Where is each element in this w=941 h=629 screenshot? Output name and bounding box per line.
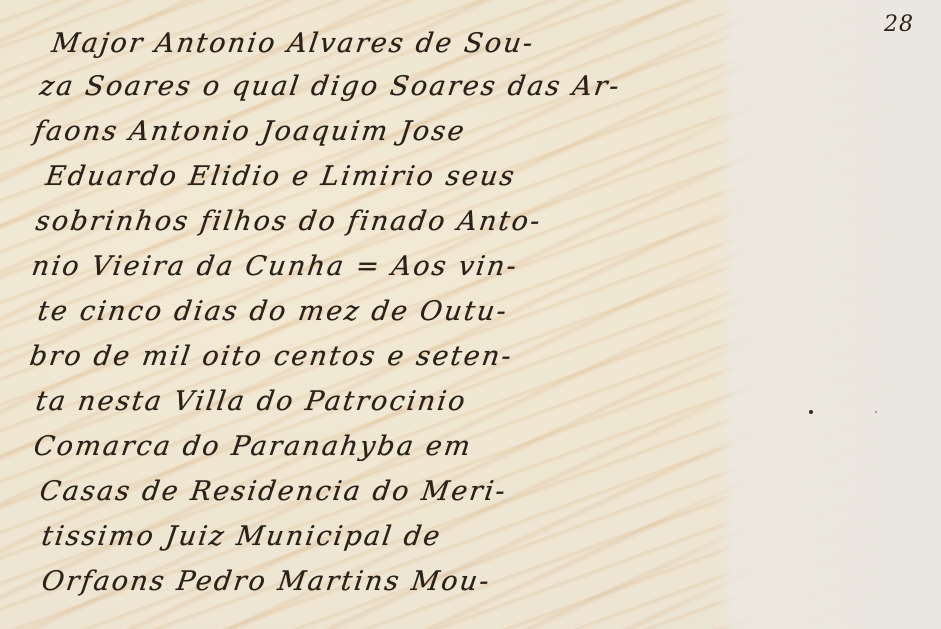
text-line-7: te cinco dias do mez de Outu- bbox=[36, 296, 510, 327]
text-line-1: Major Antonio Alvares de Sou- bbox=[50, 28, 537, 59]
ink-spot bbox=[875, 411, 877, 413]
text-line-4: Eduardo Elidio e Limirio seus bbox=[44, 161, 518, 192]
text-line-8: bro de mil oito centos e seten- bbox=[28, 341, 515, 372]
ink-spot bbox=[809, 410, 813, 414]
text-line-12: tissimo Juiz Municipal de bbox=[40, 521, 444, 552]
text-line-3: faons Antonio Joaquim Jose bbox=[32, 116, 468, 147]
page-number: 28 bbox=[884, 12, 914, 37]
text-line-2: za Soares o qual digo Soares das Ar- bbox=[38, 71, 623, 102]
text-line-5: sobrinhos filhos do finado Anto- bbox=[34, 206, 544, 237]
text-line-9: ta nesta Villa do Patrocinio bbox=[34, 386, 469, 417]
text-line-11: Casas de Residencia do Meri- bbox=[38, 476, 509, 507]
text-line-13: Orfaons Pedro Martins Mou- bbox=[40, 566, 493, 597]
text-line-10: Comarca do Paranahyba em bbox=[32, 431, 474, 462]
text-line-6: nio Vieira da Cunha = Aos vin- bbox=[30, 251, 520, 282]
manuscript-page: 28 Major Antonio Alvares de Sou- za Soar… bbox=[0, 0, 941, 629]
